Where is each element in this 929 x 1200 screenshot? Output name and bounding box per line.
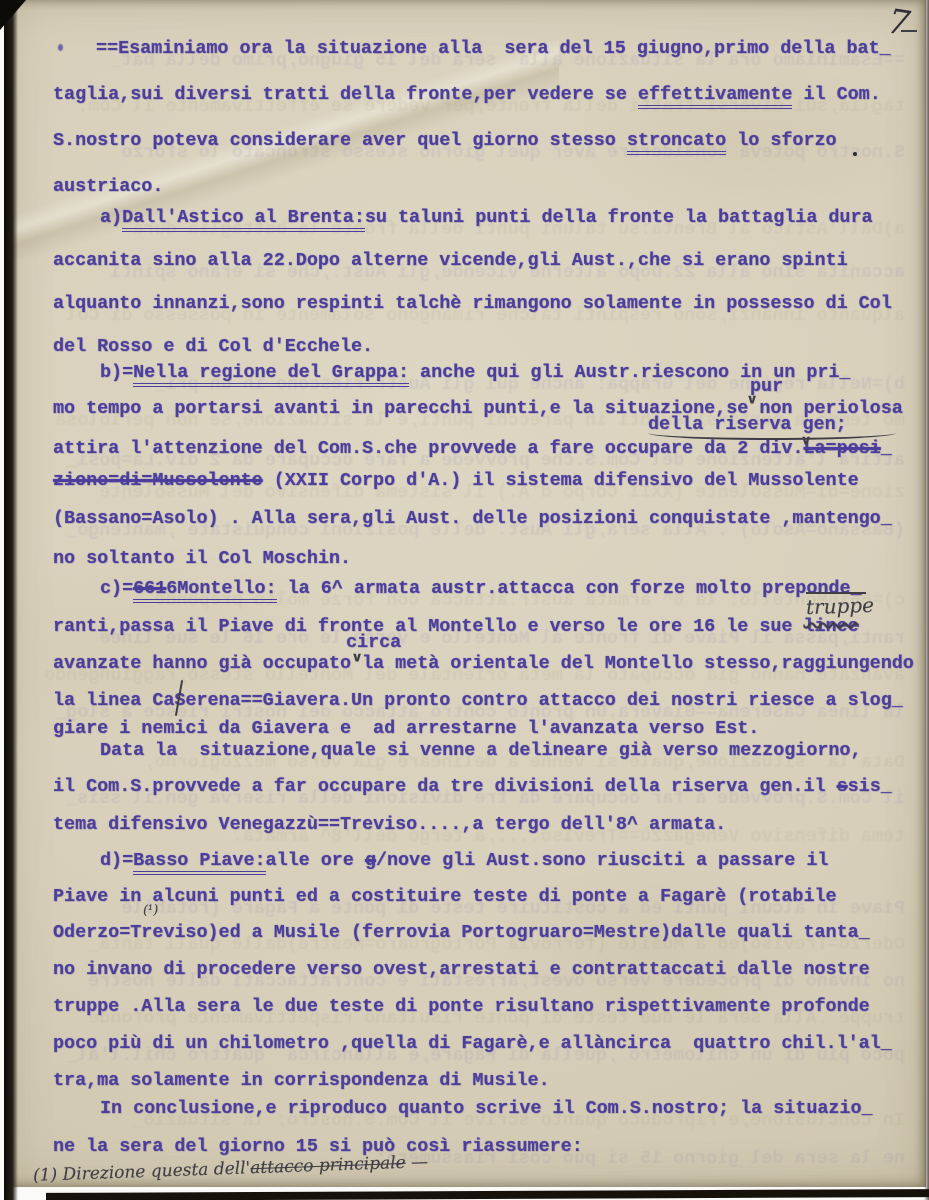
handwritten-marks-layer: ∨∨∨ xyxy=(8,0,926,1188)
insertion-caret-mark: ∨ xyxy=(800,432,812,448)
scanned-typewritten-page: { "page": { "number": "7" }, "colors": {… xyxy=(0,0,929,1200)
apostrophe-stroke-mark xyxy=(175,680,183,716)
underline-swash-mark xyxy=(648,426,896,440)
insertion-caret-mark: ∨ xyxy=(351,649,363,665)
scan-corner-wedge xyxy=(0,0,26,30)
insertion-caret-mark: ∨ xyxy=(746,391,758,407)
overbar-mark xyxy=(806,592,866,594)
purple-ink-smudge-mark xyxy=(58,44,63,51)
paper-sheet: ==Esaminiamo ora la situazione alla sera… xyxy=(8,0,926,1188)
ink-dot-mark xyxy=(853,152,857,156)
scan-edge-left-black xyxy=(4,0,18,1200)
scan-edge-right xyxy=(924,0,929,1200)
